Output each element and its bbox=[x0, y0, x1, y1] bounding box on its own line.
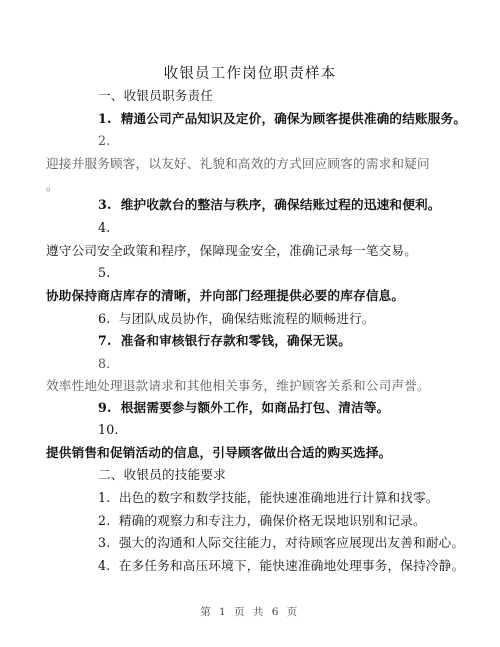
section1-item-3: 3. 维护收款台的整洁与秩序，确保结账过程的迅速和便利。 bbox=[98, 197, 441, 213]
section1-item-9: 9. 根据需要参与额外工作，如商品打包、清洁等。 bbox=[98, 400, 389, 416]
section1-item-4-text: 遵守公司安全政策和程序，保障现金安全，准确记录每一笔交易。 bbox=[46, 243, 417, 259]
item-text: 强大的沟通和人际交往能力，对待顾客应展现出友善和耐心。 bbox=[119, 535, 464, 550]
section1-item-8-number: 8. bbox=[98, 356, 110, 372]
section1-item-7: 7. 准备和审核银行存款和零钱，确保无误。 bbox=[98, 333, 351, 349]
item-text: 精确的观察力和专注力，确保价格无误地识别和记录。 bbox=[119, 513, 426, 528]
section2-item-1: 1. 出色的数字和数学技能，能快速准确地进行计算和找零。 bbox=[98, 490, 439, 506]
document-page: 收银员工作岗位职责样本 一、收银员职务责任 1. 精通公司产品知识及定价，确保为… bbox=[0, 0, 500, 647]
section1-item-5-number: 5. bbox=[98, 265, 110, 281]
section1-item-2-overflow: 。 bbox=[46, 178, 59, 194]
item-text: 维护收款台的整洁与秩序，确保结账过程的迅速和便利。 bbox=[121, 197, 441, 212]
section2-heading: 二、收银员的技能要求 bbox=[98, 467, 226, 483]
item-number: 6. bbox=[98, 311, 110, 326]
section1-item-6: 6. 与团队成员协作，确保结账流程的顺畅进行。 bbox=[98, 311, 375, 327]
section1-item-4-number: 4. bbox=[98, 220, 110, 236]
section2-item-4: 4. 在多任务和高压环境下，能快速准确地处理事务，保持冷静。 bbox=[98, 558, 464, 574]
item-text: 在多任务和高压环境下，能快速准确地处理事务，保持冷静。 bbox=[119, 558, 464, 573]
section1-item-5-text: 协助保持商店库存的清晰，并向部门经理提供必要的库存信息。 bbox=[46, 288, 404, 304]
item-number: 3. bbox=[98, 197, 112, 212]
section1-heading: 一、收银员职务责任 bbox=[98, 88, 213, 104]
section1-item-1: 1. 精通公司产品知识及定价，确保为顾客提供准确的结账服务。 bbox=[98, 111, 466, 127]
item-number: 4. bbox=[98, 558, 110, 573]
item-number: 3. bbox=[98, 535, 110, 550]
section2-item-3: 3. 强大的沟通和人际交往能力，对待顾客应展现出友善和耐心。 bbox=[98, 535, 464, 551]
section1-item-2-number: 2. bbox=[98, 133, 110, 149]
section2-item-2: 2. 精确的观察力和专注力，确保价格无误地识别和记录。 bbox=[98, 513, 426, 529]
page-footer: 第 1 页 共 6 页 bbox=[0, 604, 500, 619]
item-number: 9. bbox=[98, 400, 112, 415]
item-number: 2. bbox=[98, 513, 110, 528]
item-number: 7. bbox=[98, 333, 112, 348]
item-number: 1. bbox=[98, 111, 112, 126]
item-text: 根据需要参与额外工作，如商品打包、清洁等。 bbox=[121, 400, 390, 415]
section1-item-10-number: 10. bbox=[98, 422, 119, 438]
item-text: 出色的数字和数学技能，能快速准确地进行计算和找零。 bbox=[119, 490, 439, 505]
item-number: 1. bbox=[98, 490, 110, 505]
item-text: 准备和审核银行存款和零钱，确保无误。 bbox=[121, 333, 351, 348]
section1-item-2-text: 迎接并服务顾客，以友好、礼貌和高效的方式回应顾客的需求和疑问 bbox=[46, 156, 430, 172]
section1-item-8-text: 效率性地处理退款请求和其他相关事务，维护顾客关系和公司声誉。 bbox=[46, 378, 430, 394]
document-title: 收银员工作岗位职责样本 bbox=[0, 62, 500, 83]
section1-item-10-text: 提供销售和促销活动的信息，引导顾客做出合适的购买选择。 bbox=[46, 445, 391, 461]
item-text: 精通公司产品知识及定价，确保为顾客提供准确的结账服务。 bbox=[121, 111, 466, 126]
item-text: 与团队成员协作，确保结账流程的顺畅进行。 bbox=[119, 311, 375, 326]
